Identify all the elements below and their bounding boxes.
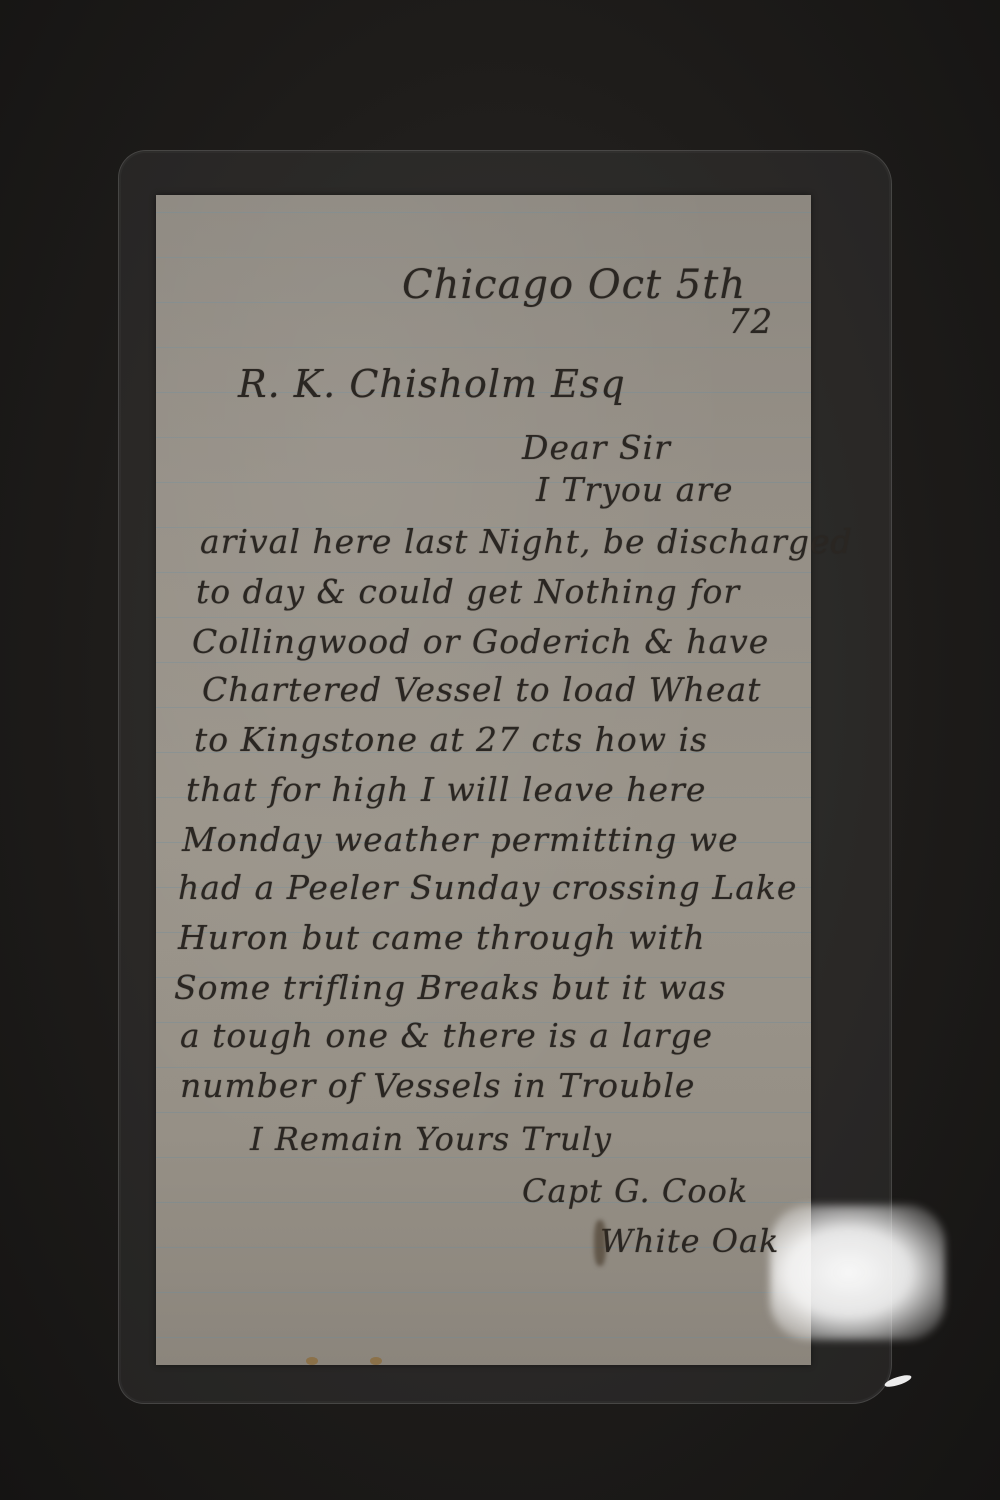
letter-year: 72 [728, 302, 773, 342]
ink-smudge [594, 1220, 606, 1266]
body-line: to Kingstone at 27 cts how is [194, 720, 708, 759]
body-line: Monday weather permitting we [182, 820, 739, 859]
body-line: had a Peeler Sunday crossing Lake [178, 868, 797, 907]
body-line: number of Vessels in Trouble [180, 1066, 695, 1105]
body-line: that for high I will leave here [186, 770, 706, 809]
body-line: to day & could get Nothing for [196, 572, 740, 611]
light-glare [770, 1205, 945, 1340]
body-line: Chartered Vessel to load Wheat [202, 670, 761, 709]
body-line: Collingwood or Goderich & have [192, 622, 769, 661]
signature-vessel: White Oak [600, 1222, 779, 1260]
letter-recipient: R. K. Chisholm Esq [238, 362, 626, 406]
body-line: Some trifling Breaks but it was [174, 968, 727, 1007]
paper-stain [370, 1357, 382, 1365]
photo-scene: Chicago Oct 5th 72 R. K. Chisholm Esq De… [0, 0, 1000, 1500]
body-line: a tough one & there is a large [180, 1016, 713, 1055]
letter-closing: I Remain Yours Truly [250, 1120, 612, 1158]
paper-stain [306, 1357, 318, 1365]
body-line: Huron but came through with [178, 918, 706, 957]
letter-salutation: Dear Sir [522, 428, 671, 467]
body-line: arival here last Night, be discharged [200, 522, 853, 561]
letter-place-date: Chicago Oct 5th [402, 262, 746, 308]
body-line: I Tryou are [536, 470, 734, 509]
signature-name: Capt G. Cook [522, 1172, 748, 1210]
